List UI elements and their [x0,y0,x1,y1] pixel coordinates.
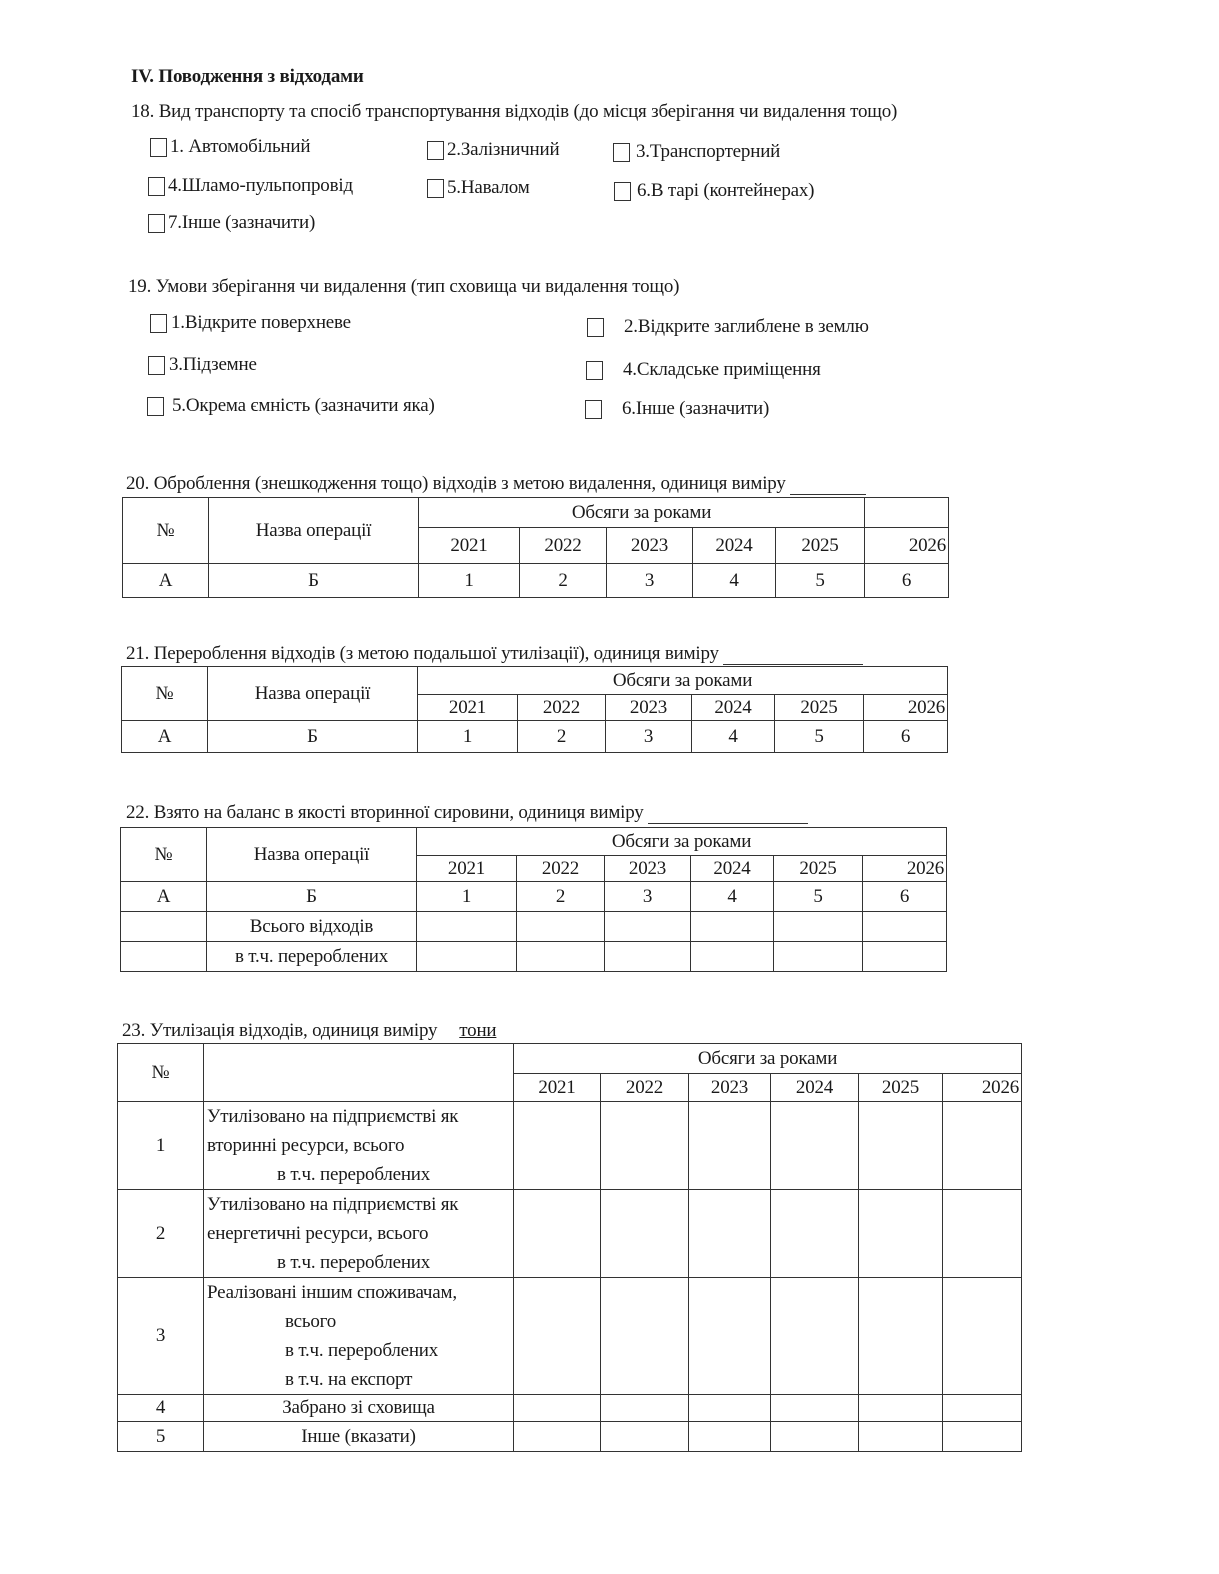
checkbox[interactable] [427,141,444,160]
index-row: А Б 1 2 3 4 5 6 [121,882,947,912]
row-label-line: всього [207,1307,513,1336]
value-cell[interactable] [605,942,691,972]
q20-table: № Назва операції Обсяги за роками 2021 2… [122,497,949,598]
option-label: 1. Автомобільний [170,136,310,158]
volumes-header: Обсяги за роками [514,1044,1022,1074]
index-cell: А [121,882,207,912]
index-cell: Б [209,564,419,598]
index-cell: 1 [417,882,517,912]
year-header: 2026 [943,1074,1022,1102]
value-cell[interactable] [943,1102,1022,1190]
option-label: 4.Складське приміщення [623,359,821,381]
value-cell[interactable] [774,912,863,942]
index-row: А Б 1 2 3 4 5 6 [123,564,949,598]
q18-option-7[interactable]: 7.Інше (зазначити) [148,212,315,234]
value-cell[interactable] [417,942,517,972]
row-label: Реалізовані іншим споживачам, всього в т… [204,1278,514,1395]
row-label: в т.ч. перероблених [207,942,417,972]
value-cell[interactable] [859,1395,943,1422]
checkbox[interactable] [148,356,165,375]
q20-title: 20. Оброблення (знешкодження тощо) відхо… [126,473,866,495]
index-cell: 5 [775,721,864,753]
row-label: Забрано зі сховища [204,1395,514,1422]
index-row: А Б 1 2 3 4 5 6 [122,721,948,753]
year-header: 2022 [517,856,605,882]
index-cell: 6 [863,882,947,912]
q19-option-4[interactable]: 4.Складське приміщення [586,359,821,381]
value-cell[interactable] [689,1102,771,1190]
col-no-header: № [123,498,209,564]
q22-title-text: 22. Взято на баланс в якості вторинної с… [126,802,644,823]
checkbox[interactable] [614,182,631,201]
row-label: Інше (вказати) [204,1422,514,1452]
option-label: 5.Окрема ємність (зазначити яка) [172,395,435,417]
value-cell[interactable] [691,942,774,972]
row-label-line: енергетичні ресурси, всього [207,1219,513,1248]
volumes-header: Обсяги за роками [419,498,865,528]
q21-title: 21. Перероблення відходів (з метою подал… [126,643,863,665]
index-cell: 2 [520,564,607,598]
value-cell[interactable] [771,1190,859,1278]
q20-unit-field[interactable] [790,476,866,495]
q23-table: № Обсяги за роками 2021 2022 2023 2024 2… [117,1043,1022,1452]
value-cell[interactable] [601,1395,689,1422]
value-cell[interactable] [771,1102,859,1190]
table-row: в т.ч. перероблених [121,942,947,972]
year-header: 2022 [601,1074,689,1102]
index-cell: 5 [774,882,863,912]
value-cell[interactable] [601,1102,689,1190]
value-cell[interactable] [601,1278,689,1395]
index-cell: А [122,721,208,753]
value-cell[interactable] [863,942,947,972]
index-cell: А [123,564,209,598]
option-label: 3.Підземне [169,354,257,376]
q22-unit-field[interactable] [648,805,808,824]
col-op-name-header: Назва операції [208,667,418,721]
q23-title-text: 23. Утилізація відходів, одиниця виміру [122,1020,437,1041]
value-cell[interactable] [771,1395,859,1422]
row-label: Всього відходів [207,912,417,942]
value-cell[interactable] [517,942,605,972]
q23-title: 23. Утилізація відходів, одиниця вимірут… [122,1020,496,1042]
row-label-line: Утилізовано на підприємстві як [207,1102,513,1131]
year-header: 2026 [864,695,948,721]
q21-table: № Назва операції Обсяги за роками 2021 2… [121,666,948,753]
year-header: 2021 [419,528,520,564]
index-cell: 5 [776,564,865,598]
row-label-line: Реалізовані іншим споживачам, [207,1278,513,1307]
value-cell[interactable] [943,1278,1022,1395]
col-no-header: № [122,667,208,721]
q19-option-3[interactable]: 3.Підземне [148,354,257,376]
checkbox[interactable] [587,318,604,337]
option-label: 6.Інше (зазначити) [622,398,769,420]
empty-header-cell [865,498,949,528]
q19-option-2[interactable]: 2.Відкрите заглиблене в землю [587,316,869,338]
table-row: 2 Утилізовано на підприємстві як енергет… [118,1190,1022,1278]
q21-title-text: 21. Перероблення відходів (з метою подал… [126,643,719,664]
value-cell[interactable] [601,1422,689,1452]
q18-option-1[interactable]: 1. Автомобільний [150,136,310,158]
index-cell: 2 [517,882,605,912]
q18-option-6[interactable]: 6.В тарі (контейнерах) [614,180,814,202]
value-cell[interactable] [859,1190,943,1278]
value-cell[interactable] [943,1422,1022,1452]
option-label: 6.В тарі (контейнерах) [637,180,814,202]
row-no: 1 [118,1102,204,1190]
value-cell[interactable] [689,1278,771,1395]
value-cell[interactable] [514,1190,601,1278]
checkbox[interactable] [585,400,602,419]
q18-title: 18. Вид транспорту та спосіб транспортув… [131,101,897,123]
checkbox[interactable] [427,179,444,198]
value-cell[interactable] [514,1102,601,1190]
value-cell[interactable] [943,1190,1022,1278]
year-header: 2022 [518,695,606,721]
row-label-line: в т.ч. перероблених [207,1336,513,1365]
row-label-line: Утилізовано на підприємстві як [207,1190,513,1219]
year-header: 2022 [520,528,607,564]
col-name-header [204,1044,514,1102]
q22-table: № Назва операції Обсяги за роками 2021 2… [120,827,947,972]
volumes-header: Обсяги за роками [417,828,947,856]
value-cell[interactable] [691,912,774,942]
q23-unit-value[interactable]: тони [459,1020,496,1041]
col-no-header: № [118,1044,204,1102]
value-cell[interactable] [514,1278,601,1395]
row-label-line: в т.ч. перероблених [207,1160,513,1189]
index-cell: 4 [692,721,775,753]
col-no-header: № [121,828,207,882]
value-cell[interactable] [859,1278,943,1395]
q22-title: 22. Взято на баланс в якості вторинної с… [126,802,808,824]
q18-option-5[interactable]: 5.Навалом [427,177,530,199]
index-cell: 3 [606,721,692,753]
checkbox[interactable] [150,314,167,333]
table-row: 5 Інше (вказати) [118,1422,1022,1452]
row-no: 2 [118,1190,204,1278]
checkbox[interactable] [586,361,603,380]
table-row: 3 Реалізовані іншим споживачам, всього в… [118,1278,1022,1395]
year-header: 2025 [774,856,863,882]
row-no: 3 [118,1278,204,1395]
index-cell: Б [208,721,418,753]
index-cell: 4 [691,882,774,912]
year-header: 2021 [418,695,518,721]
row-label: Утилізовано на підприємстві як вторинні … [204,1102,514,1190]
row-label: Утилізовано на підприємстві як енергетич… [204,1190,514,1278]
value-cell[interactable] [859,1422,943,1452]
checkbox[interactable] [147,397,164,416]
value-cell[interactable] [517,912,605,942]
value-cell[interactable] [601,1190,689,1278]
year-header: 2023 [606,695,692,721]
q18-option-2[interactable]: 2.Залізничний [427,139,559,161]
volumes-header: Обсяги за роками [418,667,948,695]
row-label-line: в т.ч. на експорт [207,1365,513,1394]
option-label: 1.Відкрите поверхневе [171,312,351,334]
checkbox[interactable] [148,214,165,233]
option-label: 7.Інше (зазначити) [168,212,315,234]
col-op-name-header: Назва операції [207,828,417,882]
index-cell: 3 [607,564,693,598]
value-cell[interactable] [863,912,947,942]
checkbox[interactable] [613,143,630,162]
option-label: 4.Шламо-пульпопровід [168,175,353,197]
value-cell[interactable] [943,1395,1022,1422]
year-header: 2023 [607,528,693,564]
option-label: 5.Навалом [447,177,530,199]
row-no: 4 [118,1395,204,1422]
value-cell[interactable] [689,1395,771,1422]
option-label: 2.Залізничний [447,139,559,161]
year-header: 2025 [776,528,865,564]
checkbox[interactable] [148,177,165,196]
year-header: 2025 [775,695,864,721]
year-header: 2021 [514,1074,601,1102]
row-label-line: в т.ч. перероблених [207,1248,513,1277]
year-header: 2026 [863,856,947,882]
table-row: Всього відходів [121,912,947,942]
row-label-line: вторинні ресурси, всього [207,1131,513,1160]
value-cell[interactable] [514,1422,601,1452]
col-op-name-header: Назва операції [209,498,419,564]
option-label: 2.Відкрите заглиблене в землю [624,316,869,338]
index-cell: Б [207,882,417,912]
year-header: 2024 [691,856,774,882]
value-cell[interactable] [417,912,517,942]
q18-option-3[interactable]: 3.Транспортерний [613,141,780,163]
value-cell[interactable] [774,942,863,972]
q18-option-4[interactable]: 4.Шламо-пульпопровід [148,175,353,197]
q21-unit-field[interactable] [723,646,863,665]
value-cell[interactable] [689,1190,771,1278]
q19-option-6[interactable]: 6.Інше (зазначити) [585,398,769,420]
value-cell[interactable] [859,1102,943,1190]
year-header: 2023 [605,856,691,882]
q19-option-5[interactable]: 5.Окрема ємність (зазначити яка) [147,395,435,417]
year-header: 2024 [693,528,776,564]
year-header: 2021 [417,856,517,882]
option-label: 3.Транспортерний [636,141,780,163]
year-header: 2024 [771,1074,859,1102]
row-no-cell [121,942,207,972]
index-cell: 1 [418,721,518,753]
value-cell[interactable] [771,1422,859,1452]
year-header: 2026 [865,528,949,564]
q19-option-1[interactable]: 1.Відкрите поверхневе [150,312,351,334]
value-cell[interactable] [771,1278,859,1395]
row-no-cell [121,912,207,942]
checkbox[interactable] [150,138,167,157]
index-cell: 1 [419,564,520,598]
table-row: 1 Утилізовано на підприємстві як вторинн… [118,1102,1022,1190]
index-cell: 6 [865,564,949,598]
value-cell[interactable] [605,912,691,942]
value-cell[interactable] [689,1422,771,1452]
q19-title: 19. Умови зберігання чи видалення (тип с… [128,276,679,298]
year-header: 2025 [859,1074,943,1102]
row-no: 5 [118,1422,204,1452]
table-row: 4 Забрано зі сховища [118,1395,1022,1422]
section-title: IV. Поводження з відходами [131,66,364,88]
q20-title-text: 20. Оброблення (знешкодження тощо) відхо… [126,473,786,494]
index-cell: 2 [518,721,606,753]
year-header: 2023 [689,1074,771,1102]
index-cell: 4 [693,564,776,598]
value-cell[interactable] [514,1395,601,1422]
year-header: 2024 [692,695,775,721]
index-cell: 6 [864,721,948,753]
index-cell: 3 [605,882,691,912]
